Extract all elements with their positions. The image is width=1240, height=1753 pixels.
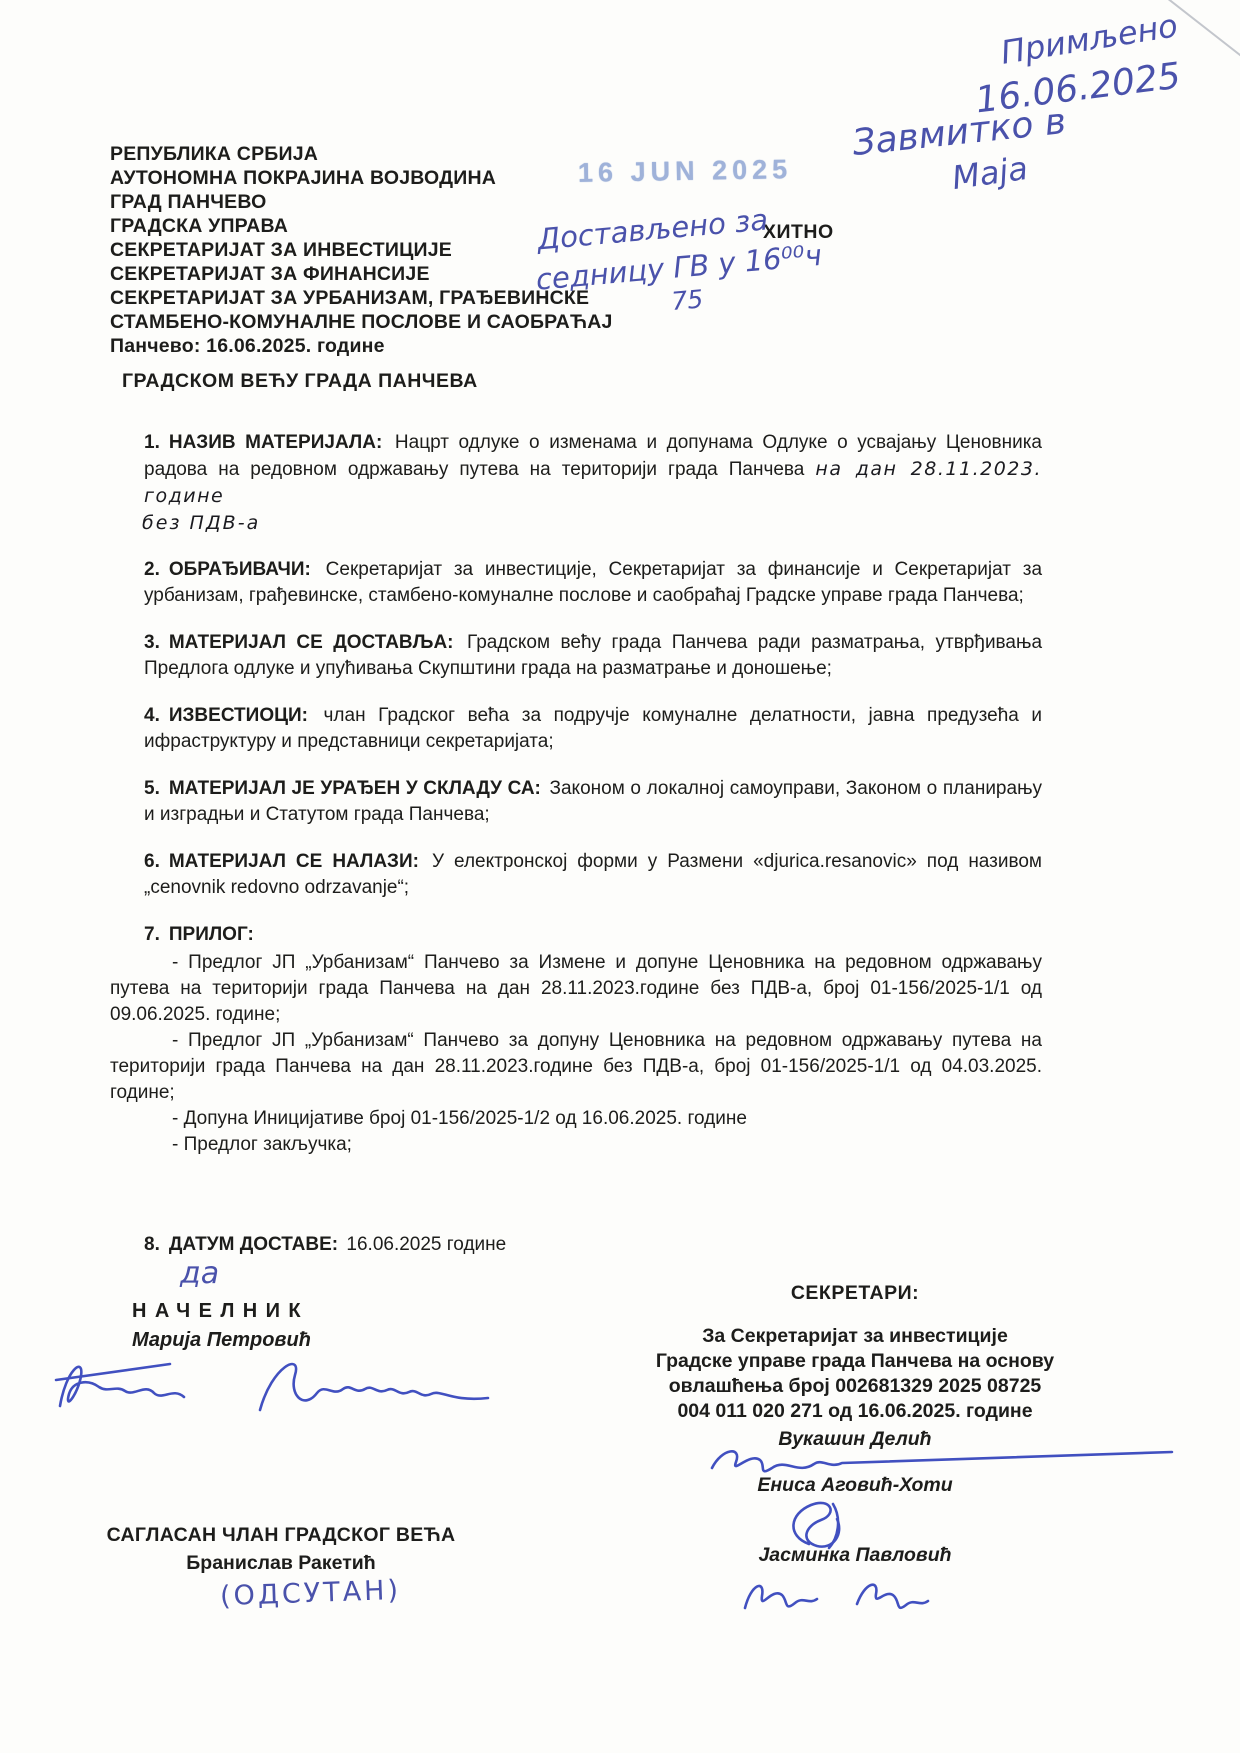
list-item-3: 3.МАТЕРИЈАЛ СЕ ДОСТАВЉА: Градском већу г… (110, 630, 1042, 682)
council-member-name: Бранислав Ракетић (105, 1552, 457, 1575)
list-item-4: 4.ИЗВЕСТИОЦИ: члан Градског већа за подр… (110, 703, 1042, 755)
letterhead-line: РЕПУБЛИКА СРБИЈА (110, 142, 613, 166)
handwritten-yes-note: да (180, 1256, 219, 1291)
letterhead-line: СТАМБЕНО-КОМУНАЛНЕ ПОСЛОВЕ И САОБРАЋАЈ (110, 310, 613, 334)
item-number: 6. (144, 851, 160, 872)
attachment-entry: - Допуна Иницијативе број 01-156/2025-1/… (110, 1106, 1042, 1132)
letterhead-line: СЕКРЕТАРИЈАТ ЗА УРБАНИЗАМ, ГРАЂЕВИНСКЕ (110, 286, 613, 310)
item-number: 7. (144, 924, 160, 945)
secretary-name-jasminka: Јасминка Павловић (620, 1544, 1090, 1567)
item-label: ОБРАЂИВАЧИ: (169, 559, 311, 580)
item-label: МАТЕРИЈАЛ ЈЕ УРАЂЕН У СКЛАДУ СА: (169, 778, 541, 799)
letterhead-date: Панчево: 16.06.2025. године (110, 334, 613, 358)
item-number: 5. (144, 778, 160, 799)
item-number: 1. (144, 432, 160, 453)
authorization-line: овлашћења број 002681329 2025 08725 (620, 1374, 1090, 1399)
list-item-6: 6.МАТЕРИЈАЛ СЕ НАЛАЗИ: У електронској фо… (110, 849, 1042, 901)
letterhead-line: СЕКРЕТАРИЈАТ ЗА ФИНАНСИЈЕ (110, 262, 613, 286)
letterhead-line: АУТОНОМНА ПОКРАЈИНА ВОЈВОДИНА (110, 166, 613, 190)
item-label: ПРИЛОГ: (169, 924, 254, 945)
list-item-8: 8.ДАТУМ ДОСТАВЕ: 16.06.2025 године (110, 1232, 1042, 1258)
secretaries-heading: СЕКРЕТАРИ: (620, 1282, 1090, 1305)
scanned-document-page: Примљено 16.06.2025 Завмитко в Маја 16 J… (0, 0, 1240, 1753)
list-item-7: 7.ПРИЛОГ: (110, 922, 1042, 948)
item-number: 3. (144, 632, 160, 653)
item-label: ИЗВЕСТИОЦИ: (169, 705, 308, 726)
attachment-entry: - Предлог ЈП „Урбанизам“ Панчево за допу… (110, 1028, 1042, 1106)
document-body: 1.НАЗИВ МАТЕРИЈАЛА: Нацрт одлуке о измен… (110, 430, 1042, 1279)
item-number: 2. (144, 559, 160, 580)
signature-marija-petrovic (52, 1348, 492, 1443)
signature-jasminka-pavlovic (735, 1566, 935, 1638)
letterhead-line: СЕКРЕТАРИЈАТ ЗА ИНВЕСТИЦИЈЕ (110, 238, 613, 262)
signature-enisa-agovic-hoti (775, 1486, 885, 1550)
item-label: НАЗИВ МАТЕРИЈАЛА: (169, 432, 382, 453)
item-label: МАТЕРИЈАЛ СЕ ДОСТАВЉА: (169, 632, 454, 653)
letterhead: РЕПУБЛИКА СРБИЈА АУТОНОМНА ПОКРАЈИНА ВОЈ… (110, 142, 613, 358)
list-item-1: 1.НАЗИВ МАТЕРИЈАЛА: Нацрт одлуке о измен… (110, 430, 1042, 536)
item-number: 8. (144, 1234, 160, 1255)
item-number: 4. (144, 705, 160, 726)
authorization-block: За Секретаријат за инвестиције Градске у… (620, 1324, 1090, 1424)
attachment-entry: - Предлог ЈП „Урбанизам“ Панчево за Изме… (110, 950, 1042, 1028)
list-item-2: 2.ОБРАЂИВАЧИ: Секретаријат за инвестициј… (110, 557, 1042, 609)
handwritten-absent-note: (ОДСУТАН) (220, 1575, 402, 1612)
addressee-line: ГРАДСКОМ ВЕЋУ ГРАДА ПАНЧЕВА (122, 370, 478, 393)
authorization-line: За Секретаријат за инвестиције (620, 1324, 1090, 1349)
received-registrar: Завмитко в (850, 101, 1067, 164)
list-item-5: 5.МАТЕРИЈАЛ ЈЕ УРАЂЕН У СКЛАДУ СА: Закон… (110, 776, 1042, 828)
item-label: ДАТУМ ДОСТАВЕ: (169, 1234, 338, 1255)
authorization-line: 004 011 020 271 од 16.06.2025. године (620, 1399, 1090, 1424)
council-member-title: САГЛАСАН ЧЛАН ГРАДСКОГ ВЕЋА (105, 1524, 457, 1547)
council-member-block: САГЛАСАН ЧЛАН ГРАДСКОГ ВЕЋА Бранислав Ра… (105, 1524, 457, 1575)
item-text: 16.06.2025 године (346, 1234, 506, 1255)
received-signee: Маја (950, 149, 1030, 197)
authorization-line: Градске управе града Панчева на основу (620, 1349, 1090, 1374)
attachment-entry: - Предлог закључка; (110, 1132, 1042, 1158)
item-label: МАТЕРИЈАЛ СЕ НАЛАЗИ: (169, 851, 419, 872)
letterhead-line: ГРАД ПАНЧЕВО (110, 190, 613, 214)
chief-title: НАЧЕЛНИК (132, 1300, 309, 1323)
letterhead-line: ГРАДСКА УПРАВА (110, 214, 613, 238)
handwritten-inline-note: без ПДВ-а (142, 510, 1042, 536)
